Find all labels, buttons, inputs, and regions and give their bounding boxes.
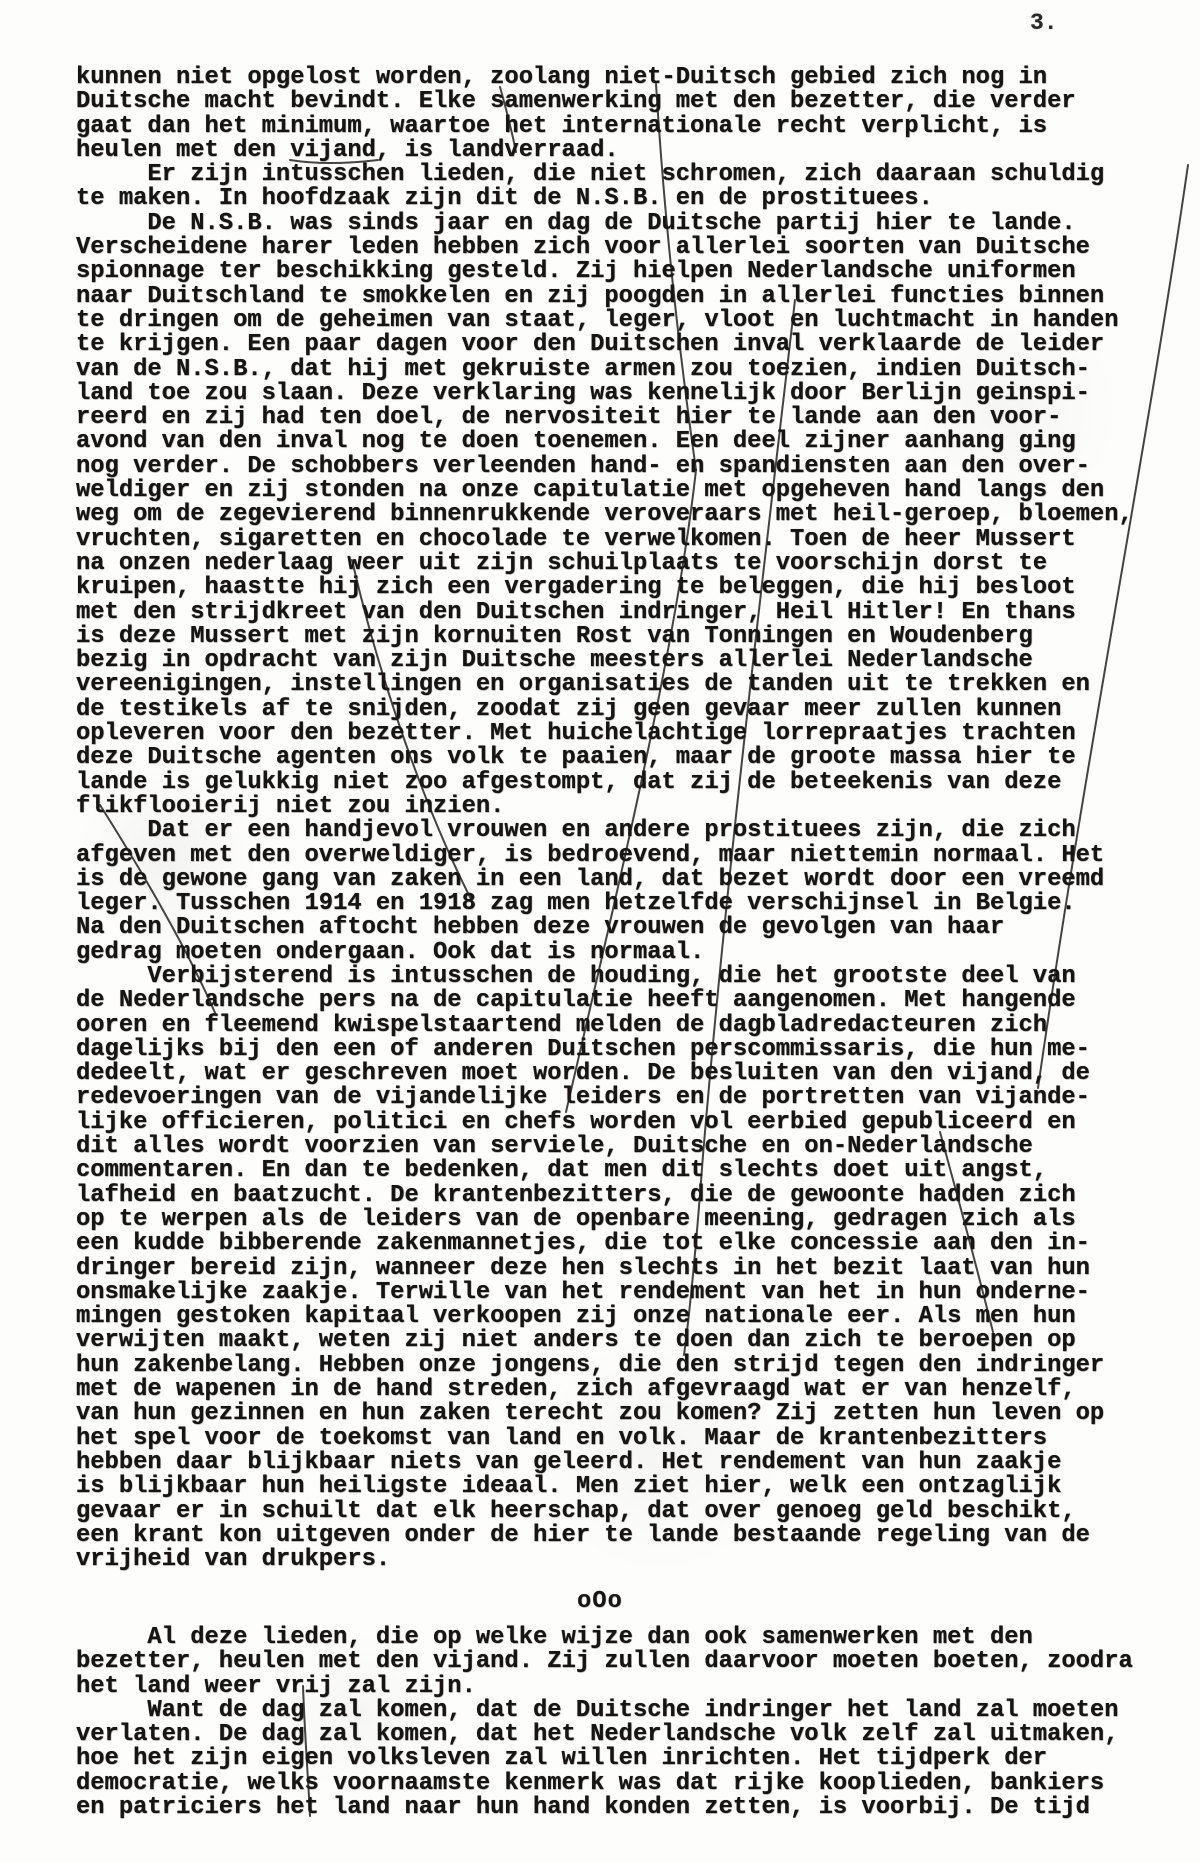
text-line: vereenigingen, instellingen en organisat… xyxy=(76,673,1133,697)
text-line: Al deze lieden, die op welke wijze dan o… xyxy=(76,1626,1133,1650)
text-line: is deze Mussert met zijn kornuiten Rost … xyxy=(76,625,1133,649)
page-number: 3. xyxy=(1030,10,1058,36)
text-line: Na den Duitschen aftocht hebben deze vro… xyxy=(76,916,1133,940)
text-line: kunnen niet opgelost worden, zoolang nie… xyxy=(76,66,1133,90)
text-line: van de N.S.B., dat hij met gekruiste arm… xyxy=(76,358,1133,382)
text-line: leger. Tusschen 1914 en 1918 zag men het… xyxy=(76,892,1133,916)
text-line: land toe zou slaan. Deze verklaring was … xyxy=(76,382,1133,406)
text-line: lafheid en baatzucht. De krantenbezitter… xyxy=(76,1184,1133,1208)
text-line: het spel voor de toekomst van land en vo… xyxy=(76,1427,1133,1451)
text-line: lijke officieren, politici en chefs word… xyxy=(76,1111,1133,1135)
text-line: bezig in opdracht van zijn Duitsche mees… xyxy=(76,649,1133,673)
text-line: verwijten maakt, weten zij niet anders t… xyxy=(76,1329,1133,1353)
text-line: reerd en zij had ten doel, de nervositei… xyxy=(76,406,1133,430)
text-line: dringer bereid zijn, wanneer deze hen sl… xyxy=(76,1257,1133,1281)
text-line: Duitsche macht bevindt. Elke samenwerkin… xyxy=(76,90,1133,114)
text-line: deze Duitsche agenten ons volk te paaien… xyxy=(76,746,1133,770)
text-line: en patriciers het land naar hun hand kon… xyxy=(76,1796,1133,1820)
text-line: spionnage ter beschikking gesteld. Zij h… xyxy=(76,260,1133,284)
text-line: op te werpen als de leiders van de openb… xyxy=(76,1208,1133,1232)
text-line: is blijkbaar hun heiligste ideaal. Men z… xyxy=(76,1475,1133,1499)
text-line: de testikels af te snijden, zoodat zij g… xyxy=(76,698,1133,722)
text-line: ooren en fleemend kwispelstaartend melde… xyxy=(76,1014,1133,1038)
text-line: onsmakelijke zaakje. Terwille van het re… xyxy=(76,1281,1133,1305)
text-line: nog verder. De schobbers verleenden hand… xyxy=(76,455,1133,479)
text-line: vrijheid van drukpers. xyxy=(76,1548,1133,1572)
document-footer-text: Al deze lieden, die op welke wijze dan o… xyxy=(76,1626,1133,1820)
text-line: democratie, welks voornaamste kenmerk wa… xyxy=(76,1772,1133,1796)
text-line: het land weer vrij zal zijn. xyxy=(76,1675,1133,1699)
document-body-text: kunnen niet opgelost worden, zoolang nie… xyxy=(76,66,1133,1572)
text-line: gaat dan het minimum, waartoe het intern… xyxy=(76,115,1133,139)
text-line: na onzen nederlaag weer uit zijn schuilp… xyxy=(76,552,1133,576)
text-line: weldiger en zij stonden na onze capitula… xyxy=(76,479,1133,503)
text-line: hoe het zijn eigen volksleven zal willen… xyxy=(76,1747,1133,1771)
text-line: heulen met den vijand, is landverraad. xyxy=(76,139,1133,163)
text-line: vruchten, sigaretten en chocolade te ver… xyxy=(76,528,1133,552)
text-line: dedeelt, wat er geschreven moet worden. … xyxy=(76,1062,1133,1086)
text-line: is de gewone gang van zaken in een land,… xyxy=(76,868,1133,892)
text-line: een krant kon uitgeven onder de hier te … xyxy=(76,1524,1133,1548)
text-line: opleveren voor den bezetter. Met huichel… xyxy=(76,722,1133,746)
text-line: verlaten. De dag zal komen, dat het Nede… xyxy=(76,1723,1133,1747)
text-line: Dat er een handjevol vrouwen en andere p… xyxy=(76,819,1133,843)
scanned-document-page: 3. kunnen niet opgelost worden, zoolang … xyxy=(0,0,1200,1862)
text-line: redevoeringen van de vijandelijke leider… xyxy=(76,1086,1133,1110)
text-line: Verscheidene harer leden hebben zich voo… xyxy=(76,236,1133,260)
text-line: gedrag moeten ondergaan. Ook dat is norm… xyxy=(76,941,1133,965)
text-line: Want de dag zal komen, dat de Duitsche i… xyxy=(76,1699,1133,1723)
text-line: dagelijks bij den een of anderen Duitsch… xyxy=(76,1038,1133,1062)
section-separator: oOo xyxy=(577,1588,623,1615)
text-line: flikflooierij niet zou inzien. xyxy=(76,795,1133,819)
text-line: avond van den inval nog te doen toenemen… xyxy=(76,430,1133,454)
text-line: dit alles wordt voorzien van serviele, D… xyxy=(76,1135,1133,1159)
text-line: te maken. In hoofdzaak zijn dit de N.S.B… xyxy=(76,187,1133,211)
text-line: lande is gelukkig niet zoo afgestompt, d… xyxy=(76,771,1133,795)
text-line: de Nederlandsche pers na de capitulatie … xyxy=(76,989,1133,1013)
text-line: afgeven met den overweldiger, is bedroev… xyxy=(76,844,1133,868)
text-line: bezetter, heulen met den vijand. Zij zul… xyxy=(76,1650,1133,1674)
text-line: kruipen, haastte hij zich een vergaderin… xyxy=(76,576,1133,600)
text-line: van hun gezinnen en hun zaken terecht zo… xyxy=(76,1402,1133,1426)
text-line: een kudde bibberende zakenmannetjes, die… xyxy=(76,1232,1133,1256)
text-line: gevaar er in schuilt dat elk heerschap, … xyxy=(76,1500,1133,1524)
text-line: Verbijsterend is intusschen de houding, … xyxy=(76,965,1133,989)
text-line: mingen gestoken kapitaal verkoopen zij o… xyxy=(76,1305,1133,1329)
text-line: Er zijn intusschen lieden, die niet schr… xyxy=(76,163,1133,187)
text-line: met den strijdkreet van den Duitschen in… xyxy=(76,601,1133,625)
text-line: met de wapenen in de hand streden, zich … xyxy=(76,1378,1133,1402)
text-line: hun zakenbelang. Hebben onze jongens, di… xyxy=(76,1354,1133,1378)
text-line: De N.S.B. was sinds jaar en dag de Duits… xyxy=(76,212,1133,236)
text-line: naar Duitschland te smokkelen en zij poo… xyxy=(76,285,1133,309)
text-line: commentaren. En dan te bedenken, dat men… xyxy=(76,1159,1133,1183)
text-line: hebben daar blijkbaar niets van geleerd.… xyxy=(76,1451,1133,1475)
text-line: te krijgen. Een paar dagen voor den Duit… xyxy=(76,333,1133,357)
text-line: weg om de zegevierend binnenrukkende ver… xyxy=(76,503,1133,527)
text-line: te dringen om de geheimen van staat, leg… xyxy=(76,309,1133,333)
